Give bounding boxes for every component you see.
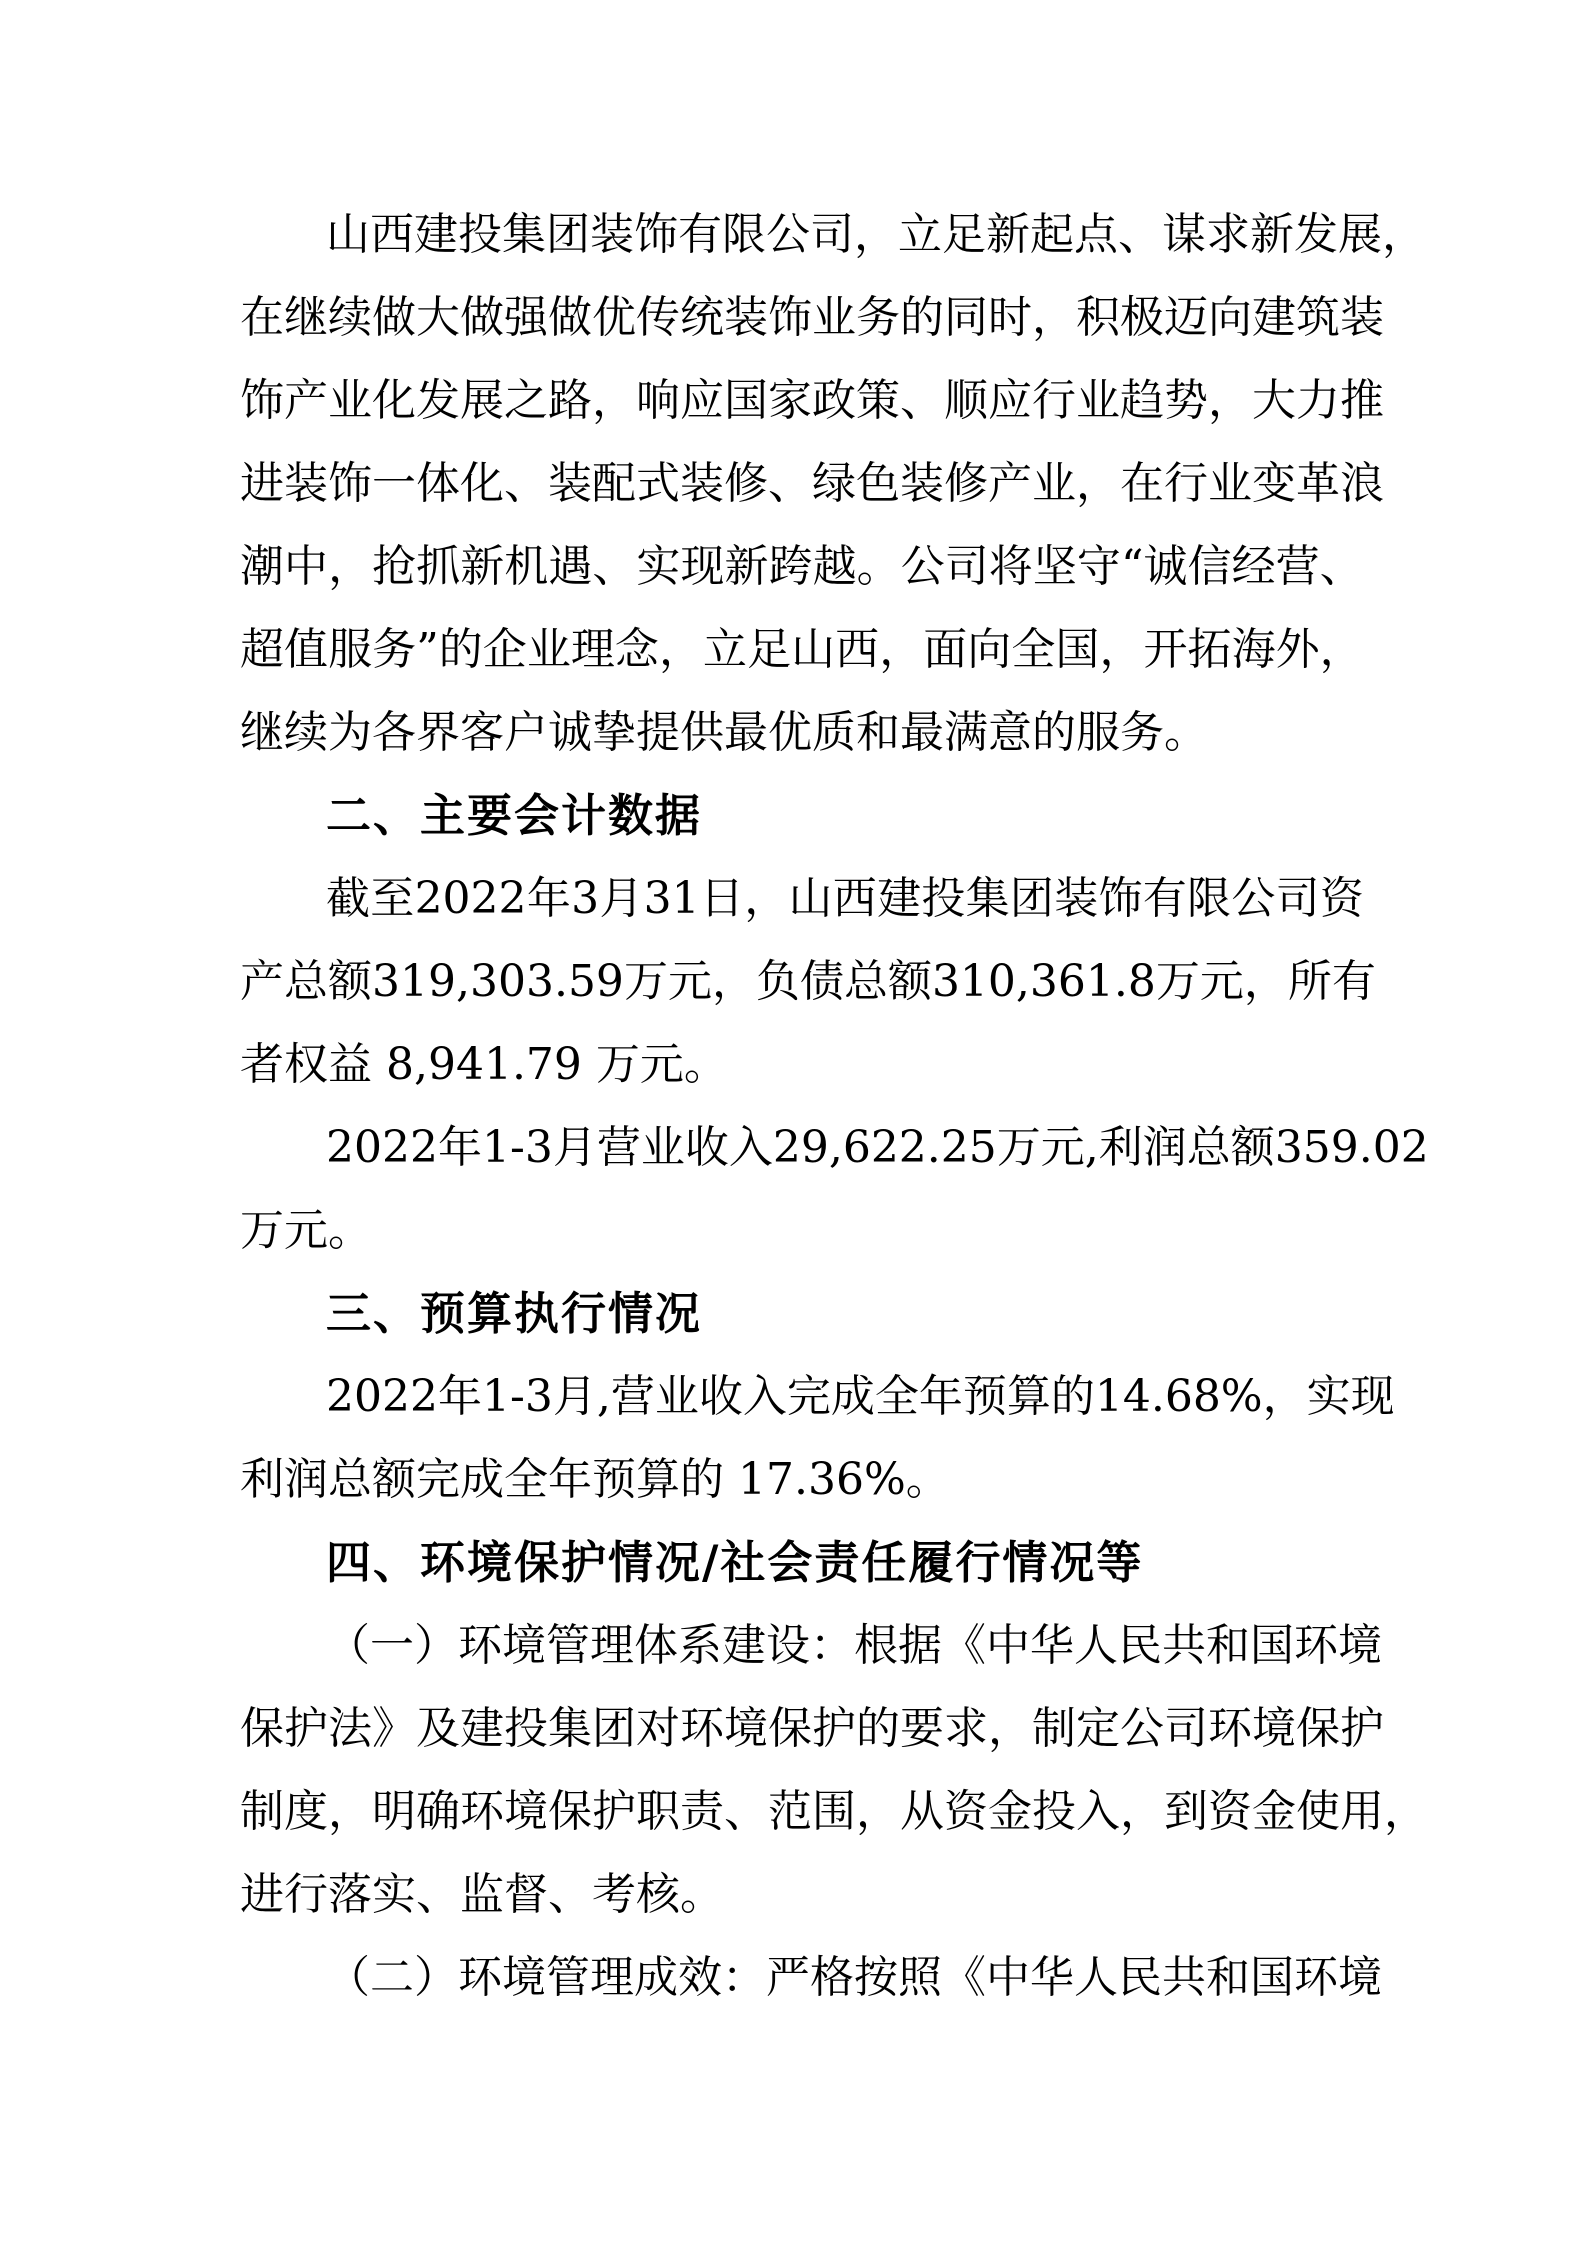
text-run: 额 bbox=[1231, 1106, 1275, 1189]
text-run: 修 bbox=[724, 442, 768, 525]
text-run: 集 bbox=[502, 193, 546, 276]
text-run: 务 bbox=[372, 608, 416, 691]
text-run: 守 bbox=[1077, 525, 1121, 608]
text-run: ） bbox=[414, 1604, 458, 1687]
text-run: 月 bbox=[553, 1355, 597, 1438]
text-run: 保 bbox=[240, 1687, 284, 1770]
text-run: 潮 bbox=[240, 525, 284, 608]
text-run: ， bbox=[1382, 193, 1426, 276]
text-run: 境 bbox=[502, 1604, 546, 1687]
text-run: 顺 bbox=[944, 359, 988, 442]
text-run: 业 bbox=[527, 608, 571, 691]
text-run: ， bbox=[1244, 940, 1288, 1023]
text-run: 年 bbox=[527, 857, 571, 940]
text-run: 面 bbox=[923, 608, 967, 691]
text-run: 保 bbox=[768, 1687, 812, 1770]
text-run: ， bbox=[856, 1770, 900, 1853]
text-run: 做 bbox=[372, 276, 416, 359]
text-run: 定 bbox=[1076, 1687, 1120, 1770]
text-run: 公 bbox=[1231, 857, 1275, 940]
text-run: 公 bbox=[766, 193, 810, 276]
text-run: 、 bbox=[1320, 525, 1364, 608]
text-run: 算 bbox=[1007, 1355, 1051, 1438]
text-run: 求 bbox=[944, 1687, 988, 1770]
text-line: 潮中，抢抓新机遇、实现新跨越。公司将坚守“诚信经营、 bbox=[240, 525, 1364, 608]
text-line: 继续为各界客户诚挚提供最优质和最满意的服务。 bbox=[240, 691, 1364, 774]
text-run: 要 bbox=[900, 1687, 944, 1770]
text-run: 优 bbox=[592, 276, 636, 359]
text-run: 装 bbox=[680, 442, 724, 525]
text-run: 建 bbox=[877, 857, 921, 940]
text-run: 有 bbox=[678, 193, 722, 276]
text-run: 元 bbox=[1041, 1106, 1085, 1189]
text-run: 润 bbox=[1143, 1106, 1187, 1189]
text-run: 进 bbox=[240, 442, 284, 525]
text-run: 色 bbox=[856, 442, 900, 525]
text-run: 司 bbox=[810, 193, 854, 276]
text-line: 2022年1-3月营业收入29,622.25万元,利润总额359.02 bbox=[240, 1106, 1364, 1189]
text-run: 资 bbox=[1320, 857, 1364, 940]
text-run: 投 bbox=[921, 857, 965, 940]
text-run: 开 bbox=[1143, 608, 1187, 691]
text-run: 家 bbox=[768, 359, 812, 442]
text-run: 理 bbox=[590, 1604, 634, 1687]
text-run: ， bbox=[1099, 608, 1143, 691]
text-run: 谋 bbox=[1162, 193, 1206, 276]
text-run: 务 bbox=[856, 276, 900, 359]
text-run: 建 bbox=[414, 193, 458, 276]
text-run: 收 bbox=[685, 1106, 729, 1189]
text-run: 、 bbox=[900, 359, 944, 442]
text-run: ， bbox=[328, 1770, 372, 1853]
text-run: 绿 bbox=[812, 442, 856, 525]
text-run: 用 bbox=[1340, 1770, 1384, 1853]
text-run: 饰 bbox=[240, 359, 284, 442]
text-run: 服 bbox=[328, 608, 372, 691]
text-run: 和 bbox=[1206, 1604, 1250, 1687]
text-run: ， bbox=[328, 525, 372, 608]
text-run: 境 bbox=[502, 1936, 546, 2019]
text-run: 到 bbox=[1164, 1770, 1208, 1853]
text-run: 对 bbox=[636, 1687, 680, 1770]
text-line: 进行落实、监督、考核。 bbox=[240, 1853, 1364, 1936]
text-run: 新 bbox=[986, 193, 1030, 276]
text-run: 集 bbox=[966, 857, 1010, 940]
text-run: 环 bbox=[1294, 1604, 1338, 1687]
text-run: ， bbox=[744, 857, 788, 940]
text-run: 应 bbox=[680, 359, 724, 442]
text-line: 制度，明确环境保护职责、范围，从资金投入，到资金使用， bbox=[240, 1770, 1364, 1853]
text-run: 建 bbox=[460, 1687, 504, 1770]
text-run: 月 bbox=[599, 857, 643, 940]
text-run: 元 bbox=[1200, 940, 1244, 1023]
text-run: 国 bbox=[1055, 608, 1099, 691]
text-run: 新 bbox=[1250, 193, 1294, 276]
text-run: 装 bbox=[1054, 857, 1098, 940]
text-run: 立 bbox=[703, 608, 747, 691]
section-heading: 四、环境保护情况/社会责任履行情况等 bbox=[240, 1521, 1364, 1604]
text-run: 2022 bbox=[326, 1355, 438, 1438]
text-run: 金 bbox=[1252, 1770, 1296, 1853]
text-run: 山 bbox=[791, 608, 835, 691]
text-run: 、 bbox=[504, 442, 548, 525]
text-run: 境 bbox=[1252, 1687, 1296, 1770]
text-run: 及 bbox=[416, 1687, 460, 1770]
text-run: 中 bbox=[986, 1604, 1030, 1687]
text-run: 法 bbox=[328, 1687, 372, 1770]
text-line: （二）环境管理成效：严格按照《中华人民共和国环境 bbox=[240, 1936, 1364, 2019]
text-run: 2022 bbox=[415, 857, 527, 940]
text-run: 收 bbox=[699, 1355, 743, 1438]
text-run: 根 bbox=[854, 1604, 898, 1687]
text-run: 统 bbox=[680, 276, 724, 359]
text-run: 势 bbox=[1164, 359, 1208, 442]
text-run: 据 bbox=[898, 1604, 942, 1687]
text-run: 、 bbox=[724, 1770, 768, 1853]
text-run: 向 bbox=[1208, 276, 1252, 359]
text-run: 西 bbox=[370, 193, 414, 276]
text-run: 理 bbox=[571, 608, 615, 691]
text-run: ， bbox=[712, 940, 756, 1023]
text-run: 展 bbox=[1338, 193, 1382, 276]
text-run: 确 bbox=[416, 1770, 460, 1853]
text-run: 迈 bbox=[1164, 276, 1208, 359]
text-run: 资 bbox=[1208, 1770, 1252, 1853]
text-run: 投 bbox=[458, 193, 502, 276]
text-run: ： bbox=[810, 1604, 854, 1687]
text-run: 式 bbox=[636, 442, 680, 525]
text-run: 严 bbox=[766, 1936, 810, 2019]
text-run: 金 bbox=[988, 1770, 1032, 1853]
text-run: ： bbox=[722, 1936, 766, 2019]
text-run: 坚 bbox=[1033, 525, 1077, 608]
text-run: 在 bbox=[240, 276, 284, 359]
document-page: 山西建投集团装饰有限公司，立足新起点、谋求新发展，在继续做大做强做优传统装饰业务… bbox=[0, 0, 1587, 2245]
text-run: 效 bbox=[678, 1936, 722, 2019]
text-run: 管 bbox=[546, 1604, 590, 1687]
text-run: 趋 bbox=[1120, 359, 1164, 442]
text-run: 新 bbox=[460, 525, 504, 608]
text-run: 团 bbox=[1010, 857, 1054, 940]
text-run: 环 bbox=[460, 1770, 504, 1853]
text-run: 环 bbox=[1208, 1687, 1252, 1770]
text-run: 产 bbox=[988, 442, 1032, 525]
text-run: 共 bbox=[1162, 1936, 1206, 2019]
text-run: 积 bbox=[1076, 276, 1120, 359]
text-run: 业 bbox=[1032, 442, 1076, 525]
text-run: 万 bbox=[624, 940, 668, 1023]
text-run: 业 bbox=[655, 1355, 699, 1438]
text-run: 310,361.8 bbox=[932, 940, 1156, 1023]
text-run: 利 bbox=[1099, 1106, 1143, 1189]
text-run: 、 bbox=[768, 442, 812, 525]
text-line: 进装饰一体化、装配式装修、绿色装修产业，在行业变革浪 bbox=[240, 442, 1364, 525]
text-run: 策 bbox=[856, 359, 900, 442]
text-run: 国 bbox=[1250, 1936, 1294, 2019]
text-run: 实 bbox=[636, 525, 680, 608]
text-run: ， bbox=[1076, 442, 1120, 525]
text-run: 集 bbox=[548, 1687, 592, 1770]
text-run: 做 bbox=[460, 276, 504, 359]
text-run: “ bbox=[1121, 525, 1144, 608]
text-run: 装 bbox=[548, 442, 592, 525]
text-run: 大 bbox=[1252, 359, 1296, 442]
text-run: 产 bbox=[240, 940, 284, 1023]
text-run: 团 bbox=[592, 1687, 636, 1770]
text-run: 念 bbox=[615, 608, 659, 691]
text-run: 有 bbox=[1143, 857, 1187, 940]
text-run: 中 bbox=[986, 1936, 1030, 2019]
text-run: 国 bbox=[724, 359, 768, 442]
text-run: 营 bbox=[611, 1355, 655, 1438]
text-run: 求 bbox=[1206, 193, 1250, 276]
text-run: 民 bbox=[1118, 1604, 1162, 1687]
text-run: 入 bbox=[743, 1355, 787, 1438]
text-run: 使 bbox=[1296, 1770, 1340, 1853]
text-run: 从 bbox=[900, 1770, 944, 1853]
text-run: 预 bbox=[963, 1355, 1007, 1438]
text-run: 度 bbox=[284, 1770, 328, 1853]
text-run: 入 bbox=[729, 1106, 773, 1189]
text-run: 山 bbox=[326, 193, 370, 276]
text-run: 发 bbox=[1294, 193, 1338, 276]
text-run: 极 bbox=[1120, 276, 1164, 359]
text-run: 超 bbox=[240, 608, 284, 691]
text-run: 发 bbox=[416, 359, 460, 442]
text-run: 华 bbox=[1030, 1936, 1074, 2019]
text-run: 革 bbox=[1296, 442, 1340, 525]
text-run: 营 bbox=[1276, 525, 1320, 608]
text-run: 、 bbox=[1118, 193, 1162, 276]
text-run: 理 bbox=[590, 1936, 634, 2019]
text-run: 将 bbox=[989, 525, 1033, 608]
text-run: 行 bbox=[1164, 442, 1208, 525]
text-run: 司 bbox=[1276, 857, 1320, 940]
text-line: （一）环境管理体系建设：根据《中华人民共和国环境 bbox=[240, 1604, 1364, 1687]
text-run: 护 bbox=[592, 1770, 636, 1853]
text-run: 《 bbox=[942, 1936, 986, 2019]
document-text-block: 山西建投集团装饰有限公司，立足新起点、谋求新发展，在继续做大做强做优传统装饰业务… bbox=[240, 193, 1364, 2019]
text-run: 债 bbox=[800, 940, 844, 1023]
text-run: 按 bbox=[854, 1936, 898, 2019]
text-run: 保 bbox=[548, 1770, 592, 1853]
text-run: 向 bbox=[967, 608, 1011, 691]
text-line: 保护法》及建投集团对环境保护的要求，制定公司环境保护 bbox=[240, 1687, 1364, 1770]
text-run: 强 bbox=[504, 276, 548, 359]
text-run: 系 bbox=[678, 1604, 722, 1687]
text-run: 现 bbox=[1351, 1355, 1395, 1438]
text-run: ， bbox=[659, 608, 703, 691]
text-run: 管 bbox=[546, 1936, 590, 2019]
text-run: ， bbox=[592, 359, 636, 442]
text-run: 产 bbox=[284, 359, 328, 442]
text-run: 照 bbox=[898, 1936, 942, 2019]
text-run: 业 bbox=[1208, 442, 1252, 525]
text-run: 1-3 bbox=[482, 1355, 553, 1438]
text-run: ， bbox=[1032, 276, 1076, 359]
text-run: 业 bbox=[641, 1106, 685, 1189]
text-run: 饰 bbox=[768, 276, 812, 359]
text-run: 3 bbox=[571, 857, 599, 940]
text-run: 值 bbox=[284, 608, 328, 691]
text-run: 制 bbox=[240, 1770, 284, 1853]
text-run: 中 bbox=[284, 525, 328, 608]
text-run: 海 bbox=[1232, 608, 1276, 691]
text-run: 司 bbox=[945, 525, 989, 608]
text-run: 实 bbox=[1307, 1355, 1351, 1438]
text-run: 保 bbox=[1296, 1687, 1340, 1770]
text-run: 团 bbox=[546, 193, 590, 276]
text-run: 业 bbox=[328, 359, 372, 442]
text-run: 司 bbox=[1164, 1687, 1208, 1770]
text-run: 业 bbox=[1076, 359, 1120, 442]
text-run: 围 bbox=[812, 1770, 856, 1853]
text-run: 境 bbox=[504, 1770, 548, 1853]
text-run: 319,303.59 bbox=[372, 940, 624, 1023]
text-run: ， bbox=[1120, 1770, 1164, 1853]
text-run: 配 bbox=[592, 442, 636, 525]
text-run: 完 bbox=[787, 1355, 831, 1438]
text-line: 截至2022年3月31日，山西建投集团装饰有限公司资 bbox=[240, 857, 1364, 940]
text-run: 华 bbox=[1030, 1604, 1074, 1687]
text-run: 跨 bbox=[769, 525, 813, 608]
text-run: ， bbox=[1208, 359, 1252, 442]
text-run: 年 bbox=[919, 1355, 963, 1438]
text-run: 传 bbox=[636, 276, 680, 359]
text-run: 抢 bbox=[372, 525, 416, 608]
text-run: 新 bbox=[725, 525, 769, 608]
text-run: 至 bbox=[370, 857, 414, 940]
text-run: ， bbox=[988, 1687, 1032, 1770]
text-run: 拓 bbox=[1188, 608, 1232, 691]
text-run: 路 bbox=[548, 359, 592, 442]
text-run: 公 bbox=[901, 525, 945, 608]
text-line: 山西建投集团装饰有限公司，立足新起点、谋求新发展， bbox=[240, 193, 1364, 276]
text-run: 人 bbox=[1074, 1936, 1118, 2019]
text-run: 年 bbox=[438, 1106, 482, 1189]
text-run: 二 bbox=[370, 1936, 414, 2019]
text-run: 建 bbox=[722, 1604, 766, 1687]
text-run: 筑 bbox=[1296, 276, 1340, 359]
text-run: 范 bbox=[768, 1770, 812, 1853]
text-run: 日 bbox=[700, 857, 744, 940]
text-run: 境 bbox=[1338, 1936, 1382, 2019]
text-run: 、 bbox=[592, 525, 636, 608]
text-run: 元 bbox=[668, 940, 712, 1023]
text-run: 机 bbox=[504, 525, 548, 608]
text-run: 资 bbox=[944, 1770, 988, 1853]
text-run: 信 bbox=[1188, 525, 1232, 608]
text-run: 29,622.25 bbox=[773, 1106, 997, 1189]
text-run: 大 bbox=[416, 276, 460, 359]
text-run: 西 bbox=[835, 608, 879, 691]
text-run: 额 bbox=[888, 940, 932, 1023]
text-run: 31 bbox=[644, 857, 700, 940]
text-run: 化 bbox=[372, 359, 416, 442]
text-run: （ bbox=[326, 1936, 370, 2019]
text-run: 做 bbox=[548, 276, 592, 359]
text-run: 立 bbox=[898, 193, 942, 276]
text-run: 同 bbox=[944, 276, 988, 359]
text-run: 力 bbox=[1296, 359, 1340, 442]
text-run: 抓 bbox=[416, 525, 460, 608]
text-run: 的 bbox=[900, 276, 944, 359]
text-run: 制 bbox=[1032, 1687, 1076, 1770]
text-run: 体 bbox=[634, 1604, 678, 1687]
text-line: 者权益 8,941.79 万元。 bbox=[240, 1023, 1364, 1106]
text-run: 截 bbox=[326, 857, 370, 940]
text-run: 》 bbox=[372, 1687, 416, 1770]
section-heading: 二、主要会计数据 bbox=[240, 774, 1364, 857]
text-run: 续 bbox=[328, 276, 372, 359]
text-run: ） bbox=[414, 1936, 458, 2019]
text-run: , bbox=[597, 1355, 611, 1438]
text-run: 月 bbox=[553, 1106, 597, 1189]
text-run: （ bbox=[326, 1604, 370, 1687]
text-run: 限 bbox=[722, 193, 766, 276]
text-run: 继 bbox=[284, 276, 328, 359]
text-run: 建 bbox=[1252, 276, 1296, 359]
text-run: 总 bbox=[844, 940, 888, 1023]
text-run: 2022 bbox=[326, 1106, 438, 1189]
text-run: 越 bbox=[813, 525, 857, 608]
text-run: 现 bbox=[680, 525, 724, 608]
text-run: 企 bbox=[483, 608, 527, 691]
text-run: ， bbox=[879, 608, 923, 691]
text-run: 成 bbox=[831, 1355, 875, 1438]
text-run: 山 bbox=[789, 857, 833, 940]
text-run: 民 bbox=[1118, 1936, 1162, 2019]
text-run: 的 bbox=[1051, 1355, 1095, 1438]
text-run: 饰 bbox=[328, 442, 372, 525]
text-run: 起 bbox=[1030, 193, 1074, 276]
text-run: 明 bbox=[372, 1770, 416, 1853]
text-run: 装 bbox=[590, 193, 634, 276]
text-run: 营 bbox=[597, 1106, 641, 1189]
text-line: 利润总额完成全年预算的 17.36%。 bbox=[240, 1438, 1364, 1521]
text-run: 足 bbox=[942, 193, 986, 276]
text-run: 全 bbox=[875, 1355, 919, 1438]
text-run: 境 bbox=[724, 1687, 768, 1770]
text-run: 设 bbox=[766, 1604, 810, 1687]
text-run: 变 bbox=[1252, 442, 1296, 525]
text-run: 行 bbox=[1032, 359, 1076, 442]
text-run: 政 bbox=[812, 359, 856, 442]
text-run: 万 bbox=[997, 1106, 1041, 1189]
text-run: 饰 bbox=[634, 193, 678, 276]
text-run: 外 bbox=[1276, 608, 1320, 691]
text-run: 环 bbox=[680, 1687, 724, 1770]
text-run: 体 bbox=[416, 442, 460, 525]
text-run: 环 bbox=[458, 1936, 502, 2019]
text-run: 推 bbox=[1340, 359, 1384, 442]
text-run: 境 bbox=[1338, 1604, 1382, 1687]
text-run: 装 bbox=[284, 442, 328, 525]
text-run: 入 bbox=[1076, 1770, 1120, 1853]
text-run: 总 bbox=[1187, 1106, 1231, 1189]
text-run: 环 bbox=[458, 1604, 502, 1687]
text-run: 人 bbox=[1074, 1604, 1118, 1687]
text-run: 足 bbox=[747, 608, 791, 691]
text-run: ， bbox=[1263, 1355, 1307, 1438]
text-run: 西 bbox=[833, 857, 877, 940]
text-run: 装 bbox=[724, 276, 768, 359]
text-run: ， bbox=[1320, 608, 1364, 691]
text-run: 和 bbox=[1206, 1936, 1250, 2019]
text-run: 所 bbox=[1288, 940, 1332, 1023]
text-run: 全 bbox=[1011, 608, 1055, 691]
text-run: 《 bbox=[942, 1604, 986, 1687]
